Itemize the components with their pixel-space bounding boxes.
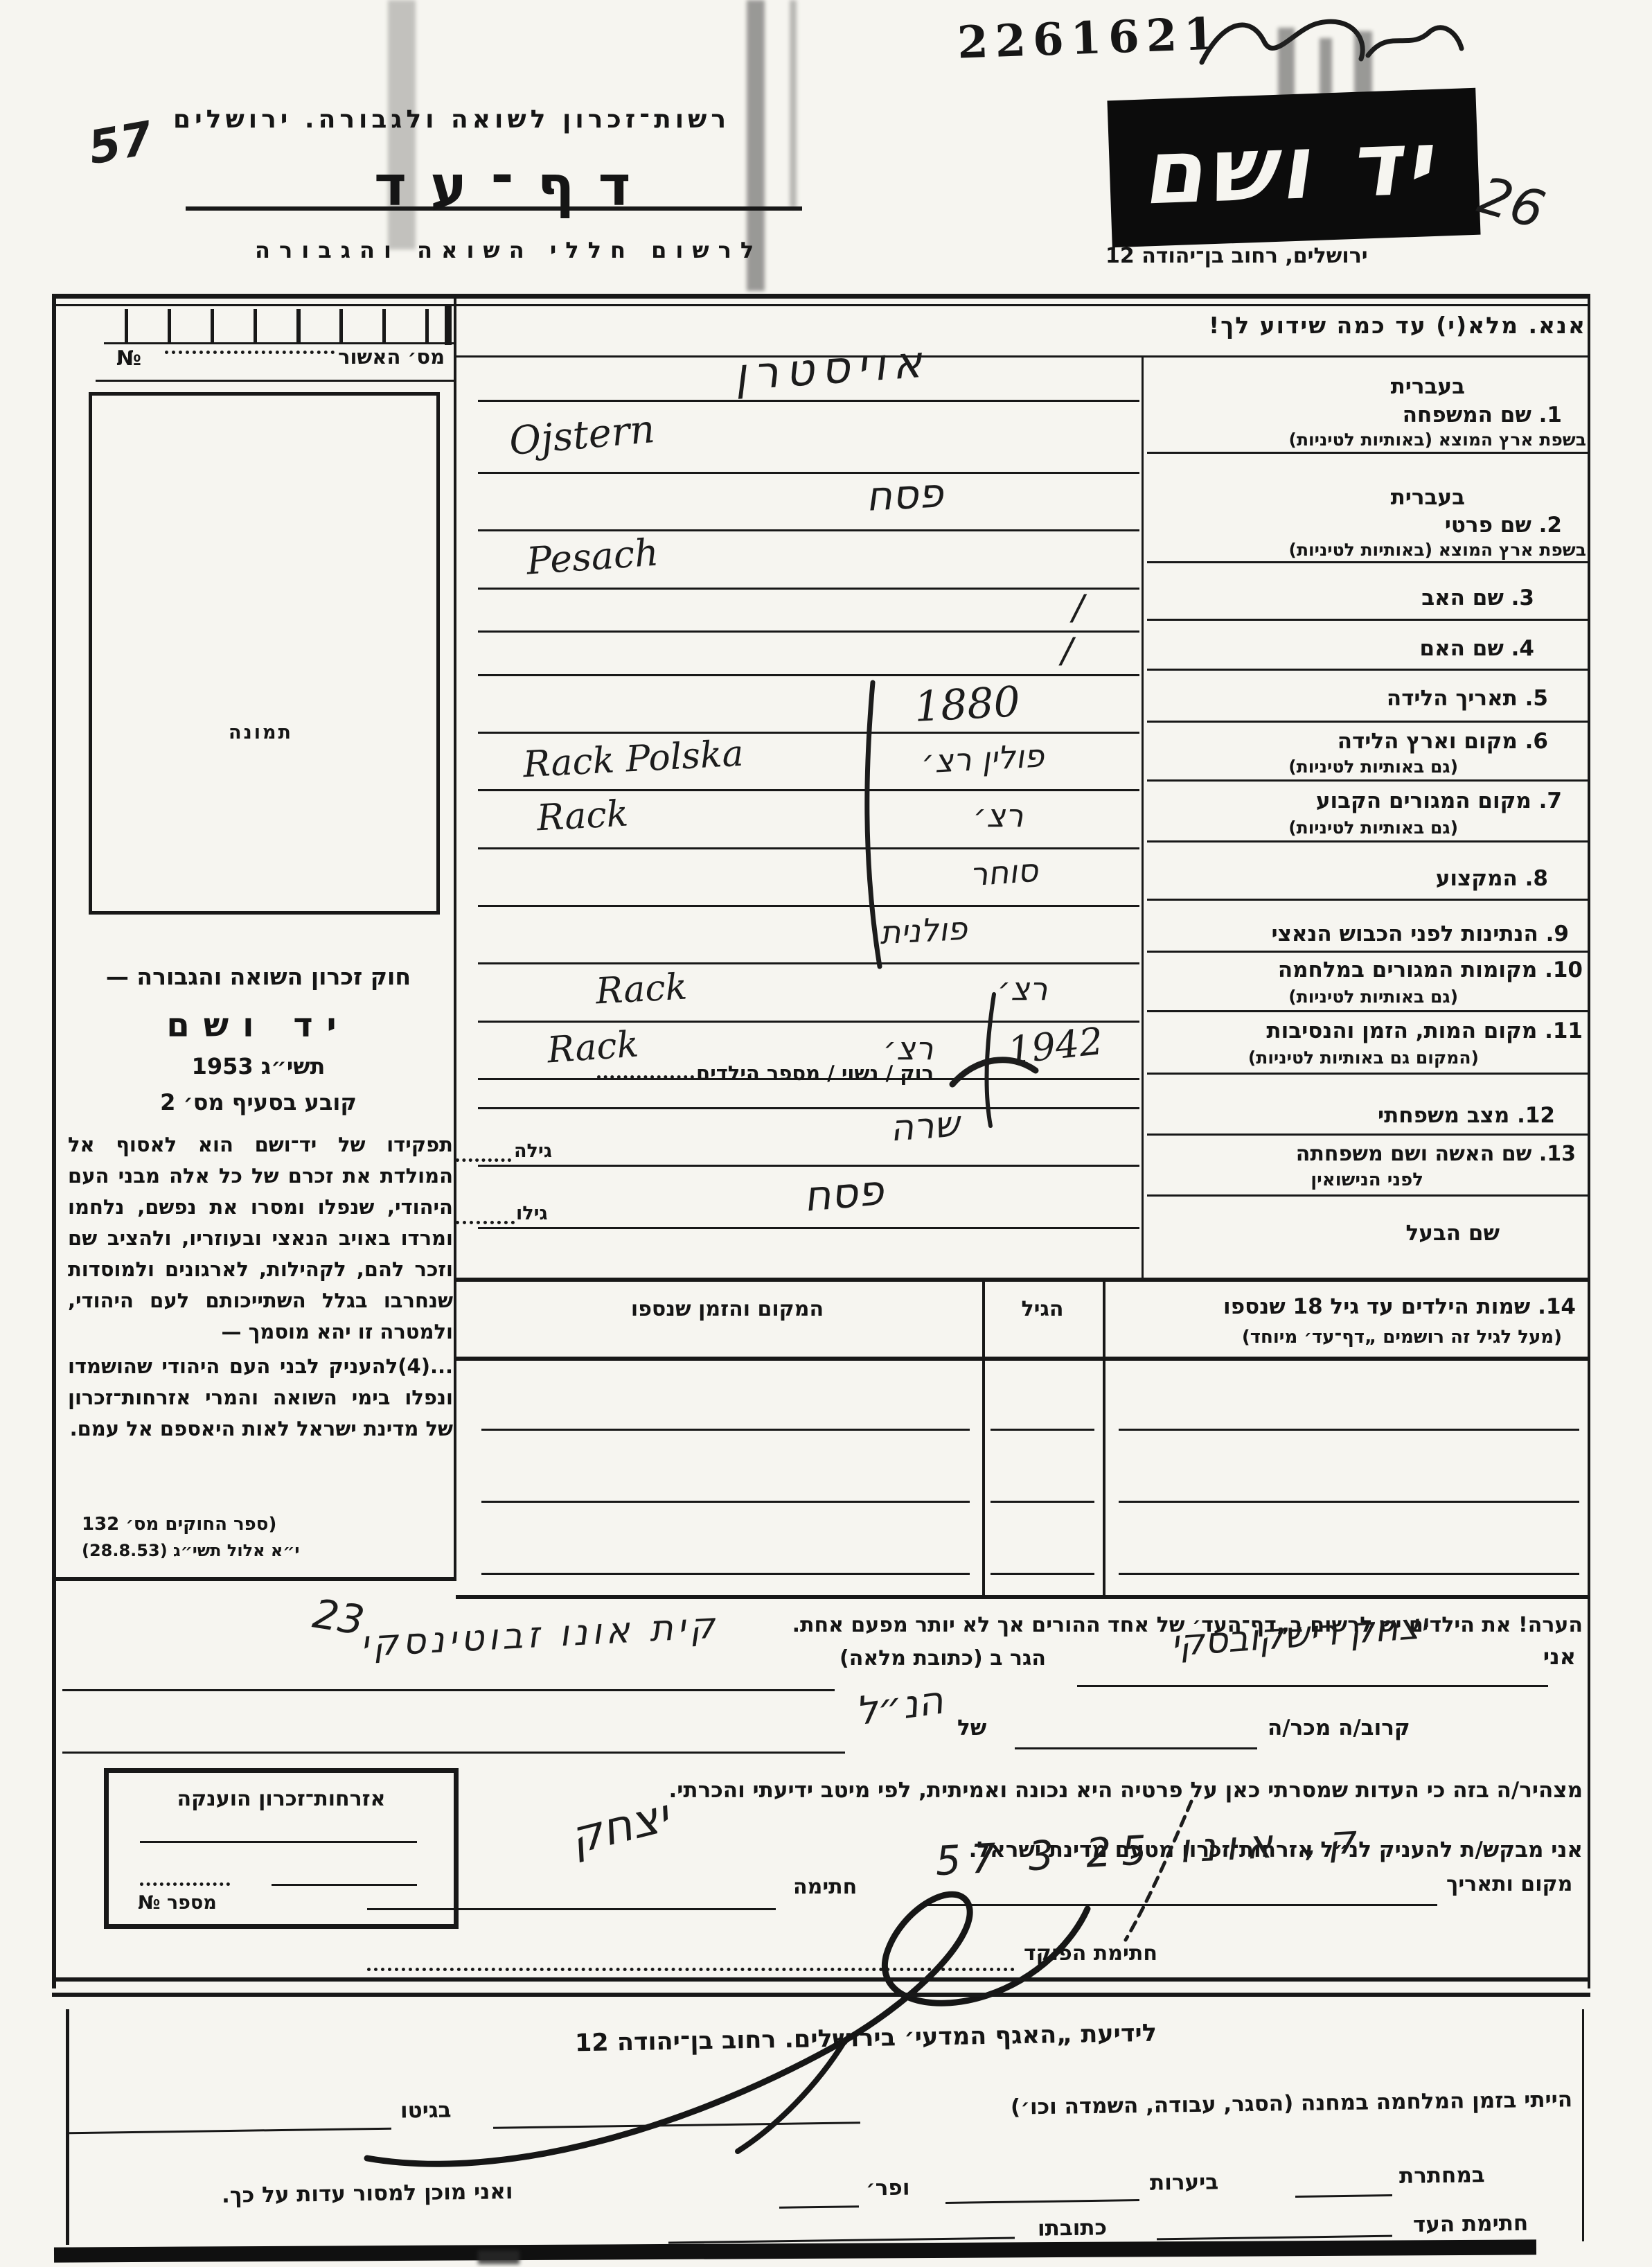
table-header-rule bbox=[456, 1357, 1589, 1361]
value-line-citizenship[interactable] bbox=[478, 962, 1139, 964]
stamp-box-title: אזרחות־זכרון הוענקה bbox=[109, 1787, 454, 1811]
field11-label: 11. מקום המות, הזמן והנסיבות bbox=[1266, 1018, 1583, 1043]
entry-residence-latin: Rack bbox=[536, 793, 630, 840]
table-row-line[interactable] bbox=[481, 1573, 970, 1575]
approval-number-mark: № bbox=[116, 346, 141, 371]
value-line-profession[interactable] bbox=[478, 905, 1139, 907]
footer-witness-signature-label: חתימת העד bbox=[1413, 2211, 1529, 2237]
table-col-divider-age-right bbox=[1103, 1278, 1105, 1596]
label-separator bbox=[1147, 1194, 1589, 1197]
label-separator bbox=[1147, 452, 1589, 454]
photo-frame bbox=[89, 392, 440, 915]
value-line-marital[interactable] bbox=[478, 1107, 1139, 1109]
law-clause: קובע בסעיף מס׳ 2 bbox=[66, 1089, 451, 1115]
label-separator bbox=[1147, 951, 1589, 953]
footer-underground-line[interactable] bbox=[1295, 2194, 1392, 2198]
form-title: דף־עד bbox=[374, 154, 655, 218]
value-line-mother[interactable] bbox=[478, 674, 1139, 676]
ruler-baseline bbox=[104, 342, 454, 344]
photo-label: תמונה bbox=[89, 722, 433, 743]
table-title: 14. שמות הילדים עד גיל 18 שנספו bbox=[1223, 1294, 1576, 1319]
relation-line[interactable] bbox=[1015, 1747, 1257, 1749]
form-top-border bbox=[52, 294, 1590, 306]
declarant-address-line[interactable] bbox=[62, 1689, 835, 1691]
instruction-underline bbox=[456, 355, 1588, 358]
declaration-of-label: של bbox=[957, 1715, 986, 1740]
value-line-birthdate[interactable] bbox=[478, 732, 1139, 734]
scan-bottom-bar bbox=[54, 2239, 1536, 2262]
header-address: ירושלים, רחוב בן־יהודה 12 bbox=[1105, 244, 1368, 268]
wife-age-label: גילה bbox=[514, 1140, 552, 1162]
ruler-ticks bbox=[125, 309, 450, 344]
footer-left-border bbox=[66, 2009, 69, 2245]
left-panel-bottom-rule bbox=[52, 1577, 456, 1581]
footer-forests-line[interactable] bbox=[945, 2199, 1139, 2204]
scan-ink-smudge bbox=[478, 2250, 519, 2264]
value-line-father[interactable] bbox=[478, 630, 1139, 633]
table-row-line[interactable] bbox=[481, 1501, 970, 1503]
law-source: (ספר החוקים מס׳ 132 bbox=[82, 1514, 276, 1535]
entry-birthplace-he: פולין רצ׳ bbox=[921, 736, 1045, 780]
label-separator bbox=[1147, 619, 1589, 621]
field4-label: 4. שם האם bbox=[1420, 636, 1534, 661]
footer-village-line[interactable] bbox=[779, 2205, 859, 2209]
table-row-line[interactable] bbox=[481, 1429, 970, 1431]
declarant-name-line[interactable] bbox=[1077, 1685, 1548, 1687]
scanned-testimony-page: { "annotations": { "top_left_number": "5… bbox=[0, 0, 1652, 2267]
wife-age-dots[interactable] bbox=[456, 1158, 511, 1162]
entry-husband-name: פסח bbox=[801, 1166, 885, 1221]
section-double-rule bbox=[52, 1977, 1590, 1997]
table-col-age: הגיל bbox=[982, 1297, 1103, 1321]
pen-stroke bbox=[1108, 1794, 1205, 1947]
field2-sub: בשפת ארץ המוצא (באותיות לטיניות) bbox=[1289, 540, 1586, 560]
footer-ghetto-label: בגיטו bbox=[400, 2097, 452, 2123]
stamp-box-dots[interactable] bbox=[140, 1882, 230, 1886]
fill-instruction: אנא. מלא(י) עד כמה שידוע לך! bbox=[1209, 312, 1586, 339]
law-source-date: י״א אלול תשי״ג (28.8.53) bbox=[82, 1541, 300, 1560]
marital-options: רוק / נשוי / מספר הילדים bbox=[696, 1061, 934, 1085]
stamped-file-number: 2261621 bbox=[957, 8, 1223, 69]
entry-mother: / bbox=[1061, 630, 1073, 671]
label-separator bbox=[1147, 1073, 1589, 1075]
field11-sub: (המקום גם באותיות לטיניות) bbox=[1248, 1048, 1479, 1068]
entry-birthdate: 1880 bbox=[913, 678, 1021, 732]
table-row-line[interactable] bbox=[1119, 1501, 1579, 1503]
label-column-divider bbox=[1142, 358, 1144, 1278]
table-row-line[interactable] bbox=[1119, 1573, 1579, 1575]
entry-wartime-latin: Rack bbox=[595, 967, 689, 1013]
stamp-logo-text: יד ושם bbox=[1140, 111, 1448, 225]
label-separator bbox=[1147, 840, 1589, 843]
law-logo: יד ושם bbox=[66, 1006, 451, 1045]
declaration-i-label: אני bbox=[1543, 1643, 1576, 1670]
label-separator bbox=[1147, 669, 1589, 671]
footer-forests-label: ביערות bbox=[1150, 2169, 1219, 2195]
approval-number-label: מס׳ האשור bbox=[338, 345, 445, 369]
field7-label: 7. מקום המגורים הקבוע bbox=[1316, 788, 1562, 813]
value-line-first-latin[interactable] bbox=[478, 588, 1139, 590]
value-line-husband[interactable] bbox=[478, 1227, 1139, 1229]
husband-label: שם הבעל bbox=[1406, 1221, 1500, 1246]
field2-lang: בעברית bbox=[1391, 485, 1465, 510]
value-line-residence[interactable] bbox=[478, 847, 1139, 849]
table-bottom-rule bbox=[456, 1595, 1589, 1599]
footer-witness-signature-line[interactable] bbox=[1157, 2235, 1392, 2241]
entry-profession: סוחר bbox=[968, 852, 1039, 894]
law-body: תפקידו של יד־ושם הוא לאסוף אל המולדת את … bbox=[68, 1129, 453, 1348]
law-body-continued: ‏...(4)להעניק לבני העם היהודי שהושמדו ונ… bbox=[68, 1351, 453, 1445]
official-signature-handwritten bbox=[332, 1836, 1129, 2182]
table-row-line[interactable] bbox=[991, 1501, 1094, 1503]
label-separator bbox=[1147, 1133, 1589, 1136]
field6-sub: (גם באותיות לטיניות) bbox=[1288, 757, 1458, 777]
approval-number-line[interactable] bbox=[165, 351, 335, 354]
value-line-wife[interactable] bbox=[478, 1165, 1139, 1167]
label-separator bbox=[1147, 721, 1589, 723]
field6-label: 6. מקום וארץ הלידה bbox=[1338, 729, 1548, 754]
field13-label: 13. שם האשה ושם משפחתה bbox=[1296, 1142, 1576, 1166]
declaration-of-handwritten: הנ״ל bbox=[853, 1677, 946, 1734]
marital-dots[interactable] bbox=[597, 1075, 694, 1079]
husband-age-dots[interactable] bbox=[456, 1221, 515, 1224]
place-date-label: מקום ותאריך bbox=[1446, 1872, 1572, 1896]
form-left-border bbox=[52, 294, 56, 1988]
approval-row-rule bbox=[96, 380, 454, 382]
declaration-resides-label: הגר ב (כתובת מלאה) bbox=[840, 1646, 1046, 1670]
footer-underground-label: במחתרת bbox=[1399, 2162, 1485, 2189]
form-right-border bbox=[1588, 294, 1590, 1988]
label-separator bbox=[1147, 779, 1589, 782]
handwritten-margin-number: 23 bbox=[310, 1590, 368, 1645]
value-line-birthplace[interactable] bbox=[478, 789, 1139, 791]
yad-vashem-stamp: יד ושם bbox=[1107, 88, 1480, 247]
label-separator bbox=[1147, 561, 1589, 563]
organization-line: רשות־זכרון לשואה ולגבורה. ירושלים bbox=[173, 105, 730, 134]
label-separator bbox=[1147, 899, 1589, 901]
handwritten-page-number: 57 bbox=[85, 112, 157, 175]
law-heading: חוק זכרון השואה והגבורה — bbox=[66, 963, 451, 990]
pen-check-mark bbox=[949, 1043, 1039, 1098]
field10-label: 10. מקומות המגורים במלחמה bbox=[1278, 958, 1583, 982]
pen-stroke bbox=[831, 679, 914, 970]
entry-wife-name: שרה bbox=[889, 1104, 961, 1150]
field3-label: 3. שם האב bbox=[1421, 585, 1534, 610]
table-col-divider-age-left bbox=[982, 1278, 985, 1596]
field8-label: 8. המקצוע bbox=[1436, 866, 1548, 891]
value-line-first-he[interactable] bbox=[478, 529, 1139, 531]
entry-death-latin: Rack bbox=[546, 1023, 640, 1071]
table-col-place: המקום והזמן שנספו bbox=[485, 1297, 970, 1321]
field13-sub: לפני הנישואין bbox=[1311, 1170, 1423, 1190]
entry-family-he: אויסטרן bbox=[733, 336, 931, 400]
footer-right-border bbox=[1582, 2009, 1584, 2241]
field2-label: 2. שם פרטי bbox=[1445, 513, 1562, 538]
field10-sub: (גם באותיות לטיניות) bbox=[1288, 987, 1458, 1007]
value-line-family-latin[interactable] bbox=[478, 472, 1139, 474]
form-subtitle: לרשום חללי השואה והגבורה bbox=[255, 237, 763, 263]
field7-sub: (גם באותיות לטיניות) bbox=[1288, 818, 1458, 838]
value-line-wartime[interactable] bbox=[478, 1021, 1139, 1023]
declaration-relation-label: קרוב/ה מכר/ה bbox=[1268, 1715, 1410, 1740]
entry-father: / bbox=[1072, 588, 1084, 628]
field1-lang: בעברית bbox=[1391, 374, 1465, 399]
footer-village-label: ופר׳ bbox=[866, 2176, 910, 2201]
table-row-line[interactable] bbox=[991, 1429, 1094, 1431]
table-title-sub: (מעל לגיל זה רושמים „דף־עד׳ מיוחד) bbox=[1242, 1327, 1562, 1348]
label-separator bbox=[1147, 1010, 1589, 1012]
table-top-rule bbox=[456, 1278, 1589, 1282]
left-panel-divider bbox=[454, 294, 456, 1580]
value-line-family-he[interactable] bbox=[478, 400, 1139, 402]
table-row-line[interactable] bbox=[1119, 1429, 1579, 1431]
field1-label: 1. שם המשפחה bbox=[1403, 403, 1562, 427]
handwritten-side-number: 26 bbox=[1472, 166, 1551, 241]
stamp-box-number-label: מספר № bbox=[138, 1892, 217, 1914]
entry-first-latin: Pesach bbox=[525, 530, 660, 583]
entry-birthplace-latin: Rack Polska bbox=[522, 733, 745, 786]
entry-residence-he: רצ׳ bbox=[973, 797, 1023, 834]
field1-sub: בשפת ארץ המוצא (באותיות לטיניות) bbox=[1289, 430, 1586, 450]
table-row-line[interactable] bbox=[991, 1573, 1094, 1575]
field5-label: 5. תאריך הלידה bbox=[1387, 686, 1548, 711]
scan-fold-streak bbox=[790, 0, 797, 208]
field9-label: 9. הנתינות לפני הכבוש הנאצי bbox=[1271, 921, 1569, 946]
husband-age-label: גילו bbox=[516, 1203, 548, 1224]
declarant-address-handwritten: קית אונו זבוטינסקי bbox=[359, 1605, 720, 1665]
law-year: תשי״ג 1953 bbox=[66, 1053, 451, 1079]
footer-address-label: כתובתו bbox=[1038, 2215, 1108, 2241]
of-line[interactable] bbox=[62, 1752, 845, 1754]
footer-testify-label: ואני מוכן למסור עדות על כך. bbox=[222, 2179, 513, 2208]
entry-family-latin: Ojstern bbox=[508, 407, 657, 464]
entry-first-he: פסח bbox=[864, 469, 944, 520]
field12-label: 12. מצב משפחתי bbox=[1378, 1103, 1555, 1128]
